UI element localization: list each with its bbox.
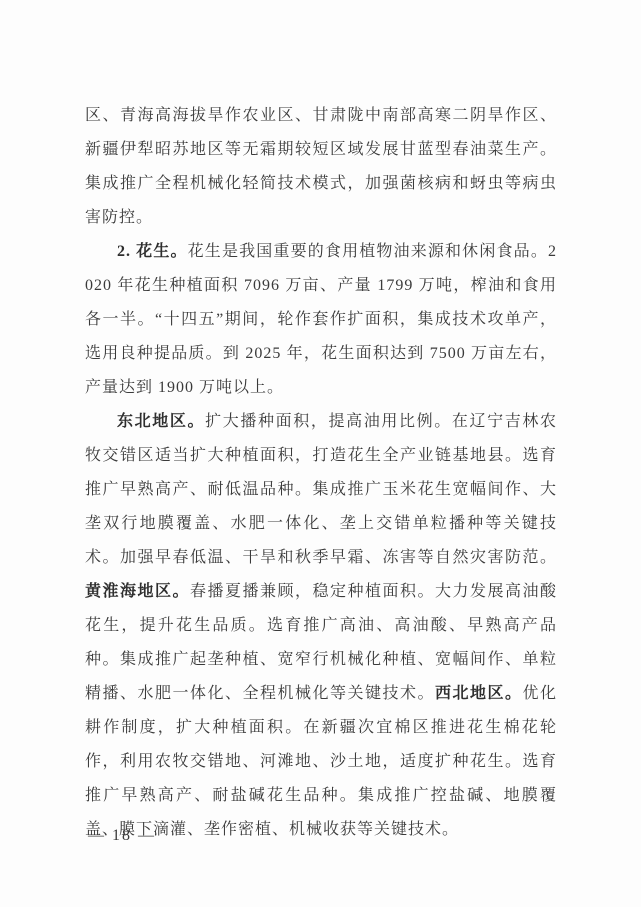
region-heading-huanghuaihai: 黄淮海地区。 <box>85 583 190 600</box>
section-heading-peanut: 2. 花生。 <box>117 243 188 260</box>
page-number-text: — 18 — <box>88 827 156 844</box>
document-page: 区、青海高海拔旱作农业区、甘肃陇中南部高寒二阴旱作区、新疆伊犁昭苏地区等无霜期较… <box>0 0 641 907</box>
body-text: 优化耕作制度，扩大种植面积。在新疆次宜棉区推进花生棉花轮作，利用农牧交错地、河滩… <box>85 685 557 838</box>
body-text: 扩大播种面积，提高油用比例。在辽宁吉林农牧交错区适当扩大种植面积，打造花生全产业… <box>85 413 557 566</box>
page-number: — 18 — <box>88 827 156 845</box>
body-text: 花生是我国重要的食用植物油来源和休闲食品。2020 年花生种植面积 7096 万… <box>85 243 557 396</box>
page-content: 区、青海高海拔旱作农业区、甘肃陇中南部高寒二阴旱作区、新疆伊犁昭苏地区等无霜期较… <box>85 99 557 847</box>
body-text: 区、青海高海拔旱作农业区、甘肃陇中南部高寒二阴旱作区、新疆伊犁昭苏地区等无霜期较… <box>85 107 557 226</box>
region-heading-northwest: 西北地区。 <box>435 685 523 702</box>
paragraph-continued: 区、青海高海拔旱作农业区、甘肃陇中南部高寒二阴旱作区、新疆伊犁昭苏地区等无霜期较… <box>85 99 557 235</box>
region-heading-northeast: 东北地区。 <box>117 413 205 430</box>
paragraph-regions: 东北地区。扩大播种面积，提高油用比例。在辽宁吉林农牧交错区适当扩大种植面积，打造… <box>85 405 557 847</box>
paragraph-peanut-intro: 2. 花生。花生是我国重要的食用植物油来源和休闲食品。2020 年花生种植面积 … <box>85 235 557 405</box>
